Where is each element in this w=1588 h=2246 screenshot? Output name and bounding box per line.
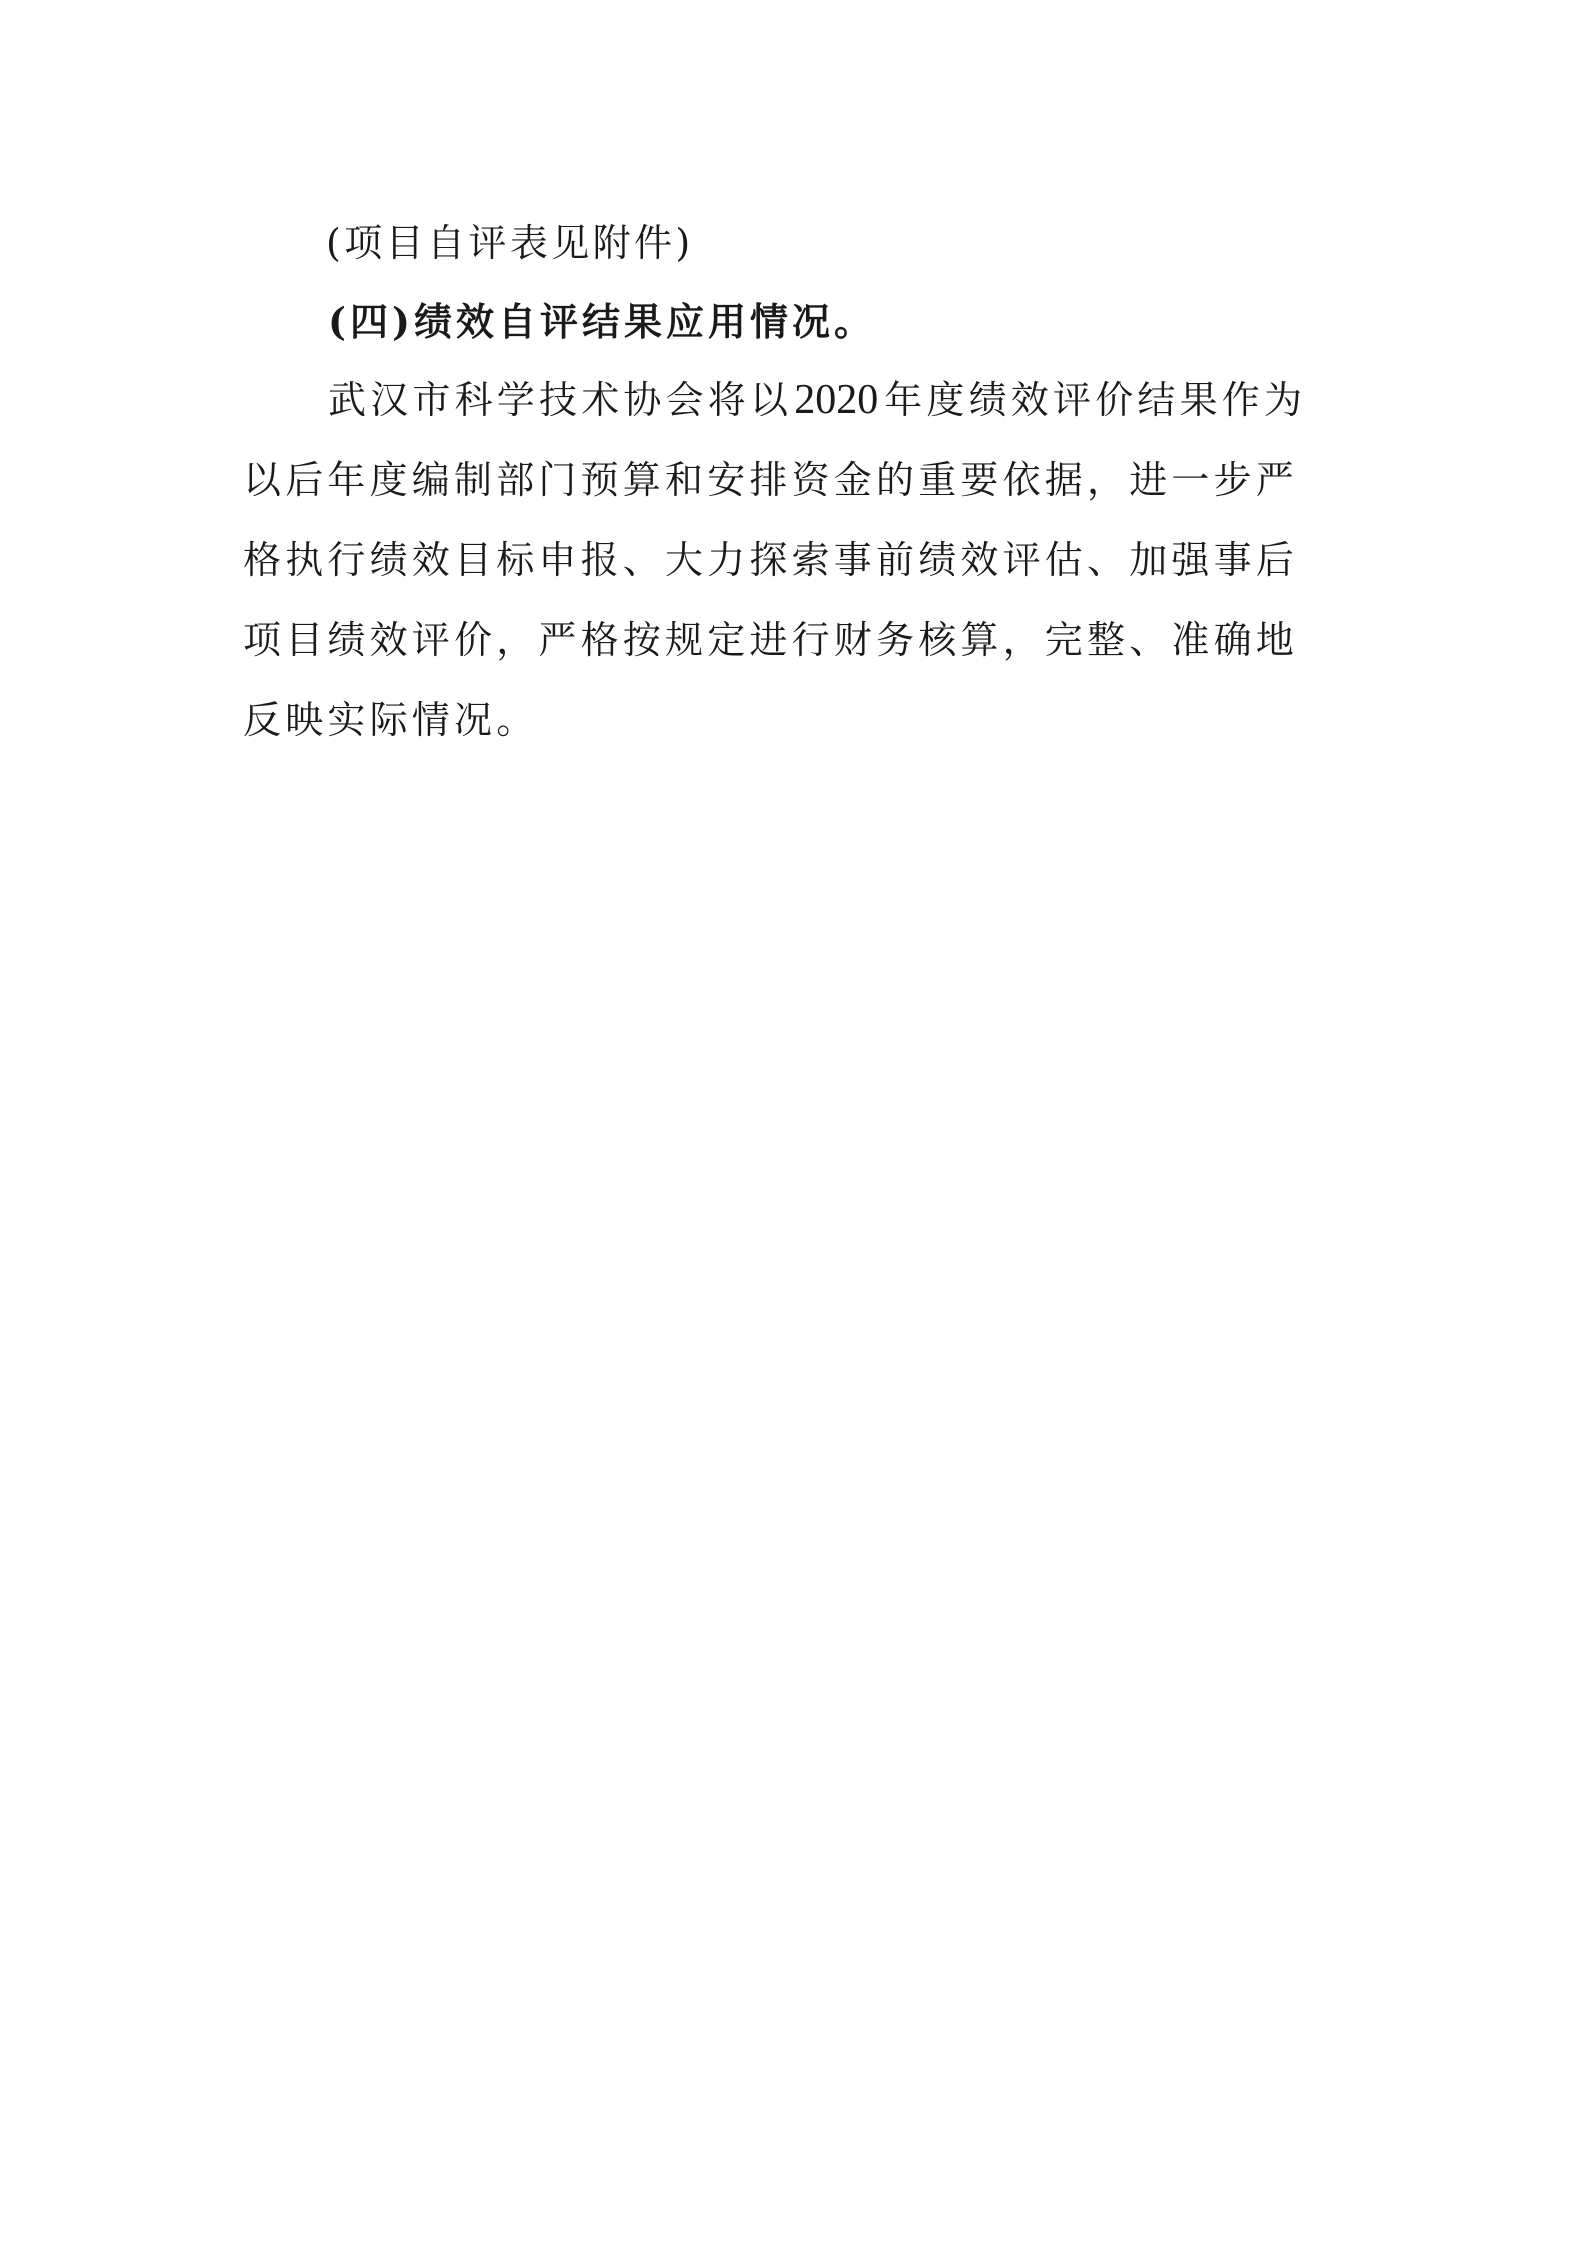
paragraph-line-5: 反映实际情况。	[243, 696, 538, 744]
paragraph-line-2: 以后年度编制部门预算和安排资金的重要依据，进一步严	[243, 456, 1298, 504]
line-1-text-start: 武汉市科学技术协会将以	[328, 378, 792, 422]
year-number: 2020	[792, 377, 884, 423]
paragraph-line-1: 武汉市科学技术协会将以2020年度绩效评价结果作为	[328, 376, 1306, 424]
section-heading: (四)绩效自评结果应用情况。	[328, 298, 876, 346]
line-1-text-end: 年度绩效评价结果作为	[884, 378, 1306, 422]
paragraph-line-4: 项目绩效评价，严格按规定进行财务核算，完整、准确地	[243, 616, 1298, 664]
attachment-note: (项目自评表见附件)	[326, 219, 694, 267]
paragraph-line-3: 格执行绩效目标申报、大力探索事前绩效评估、加强事后	[243, 536, 1298, 584]
document-page: (项目自评表见附件) (四)绩效自评结果应用情况。 武汉市科学技术协会将以202…	[0, 0, 1588, 2246]
